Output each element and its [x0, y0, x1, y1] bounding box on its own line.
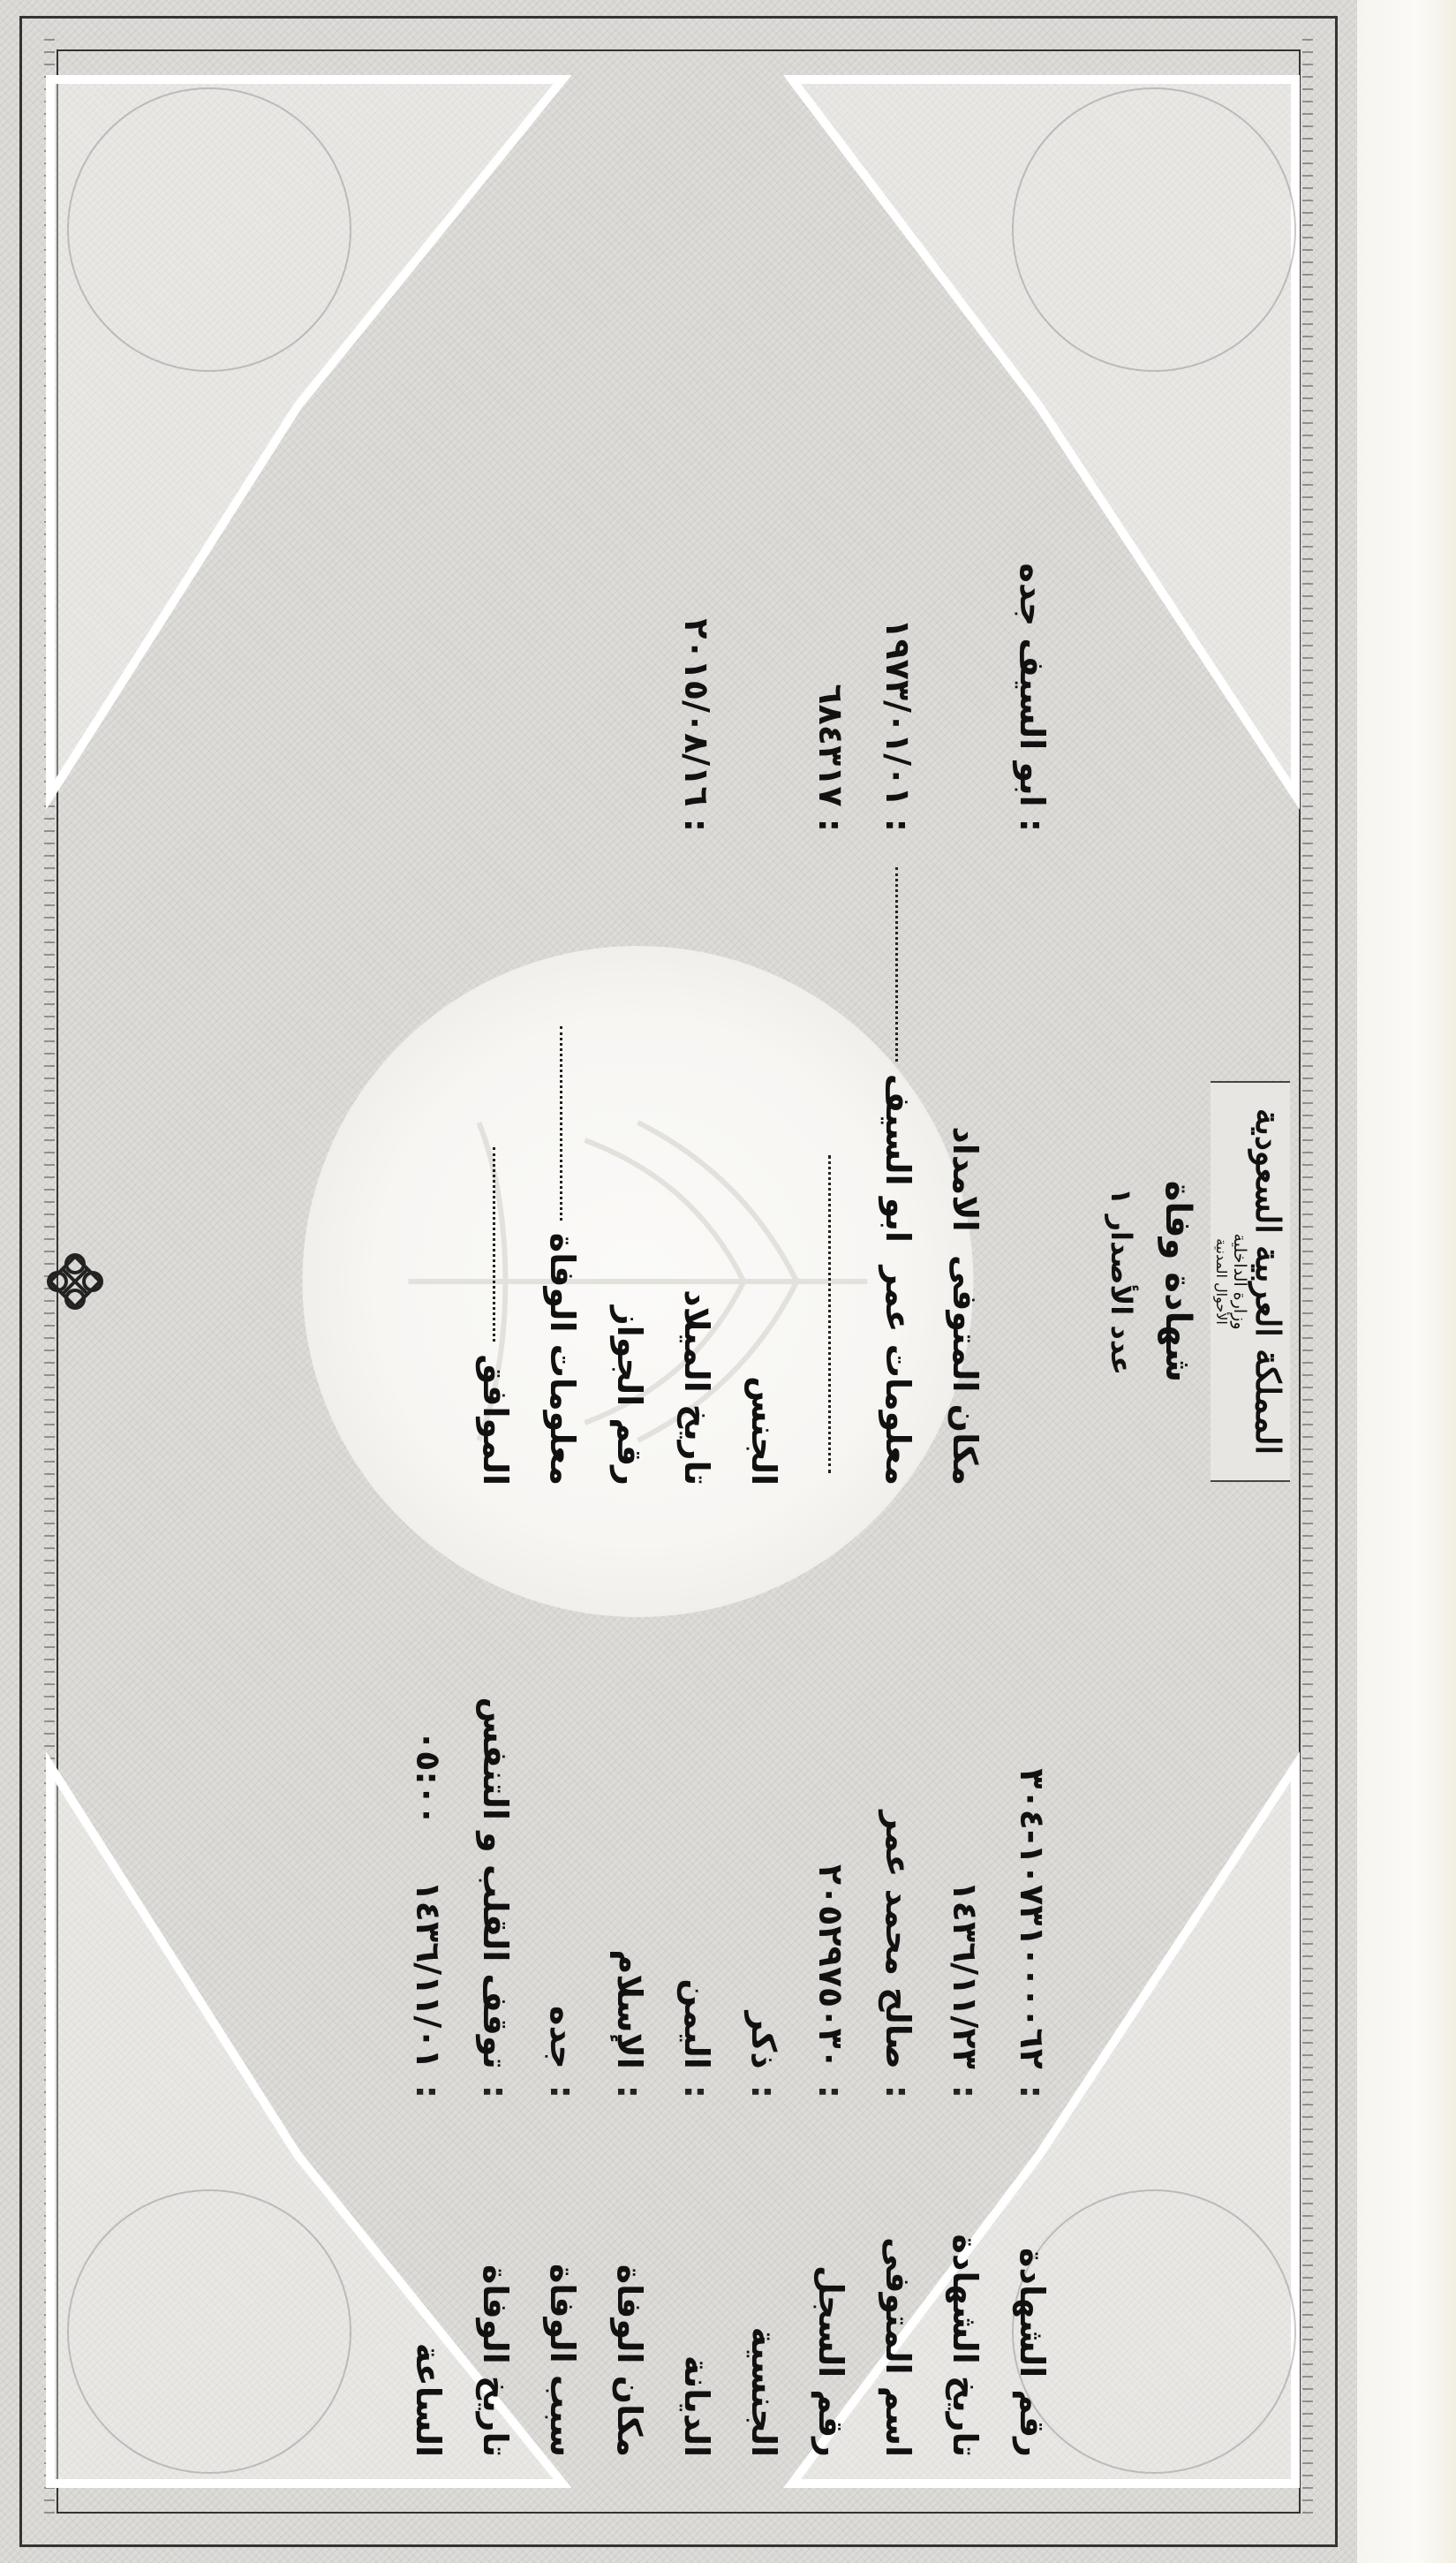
colon-separator: :	[476, 2085, 515, 2104]
label-passport-number: رقم الجواز	[610, 1306, 649, 1486]
label-gender: الجنس	[744, 1376, 783, 1486]
label-corresponding-date: الموافق	[476, 1354, 515, 1486]
gender-value: ذكر	[744, 2012, 783, 2069]
colon-separator: :	[409, 2085, 448, 2104]
nationality-value: اليمن	[677, 1978, 716, 2068]
colon-separator: :	[610, 2085, 649, 2104]
colon-separator: :	[744, 2085, 783, 2104]
gregorian-date-value: ٢٠١٥/٠٨/١٦	[677, 618, 716, 806]
colon-separator: :	[677, 819, 716, 832]
family-name-and-city: ابو السيف جده	[1013, 563, 1052, 806]
colon-separator: :	[1013, 819, 1052, 832]
record-number: ٢٠٥٢٩٧٥٠٣٠	[811, 1864, 850, 2069]
deceased-place-value: الامداد	[946, 1126, 984, 1231]
left-values: : ابو السيف جده : ١٩٧٣/٠١/٠١ : ٦٨٤٣١٧ : …	[663, 214, 1066, 832]
colon-separator: :	[946, 2085, 984, 2104]
certificate-date: ١٤٣٦/١١/٢٣	[946, 1880, 984, 2068]
label-cause-of-death: سبب الوفاة	[529, 2077, 596, 2457]
issue-number: عدد الأصدار ١	[1105, 1188, 1138, 1375]
ministry-name: وزارة الداخلية	[1229, 1092, 1249, 1471]
religion-value: الإسلام	[610, 1949, 649, 2068]
dotted-line	[561, 1026, 565, 1221]
colon-separator: :	[811, 2085, 850, 2104]
label-deceased-name: اسم المتوفى	[864, 2077, 932, 2457]
colon-separator: :	[879, 2085, 917, 2104]
date-of-death-value: ١٤٣٦/١١/٠١	[409, 1880, 448, 2068]
dotted-line	[494, 1147, 498, 1342]
middle-fields: مكان المتوفى الامداد معلومات عمر ابو الس…	[462, 850, 1066, 1486]
label-nationality: الجنسية	[730, 2077, 797, 2457]
field-values: :١٠٧٣١٠٠٠٠٦٢-٣٠٤ :١٤٣٦/١١/٢٣ :صالح محمد …	[395, 1486, 1066, 2104]
deceased-first-names: صالح محمد عمر	[879, 1811, 917, 2069]
label-deceased-place: مكان المتوفى	[946, 1255, 984, 1486]
hour-value: ٠٥:٠٠	[409, 1730, 448, 1826]
kingdom-name: المملكة العربية السعودية	[1249, 1092, 1286, 1471]
certificate-number: ١٠٧٣١٠٠٠٠٦٢-٣٠٤	[1013, 1768, 1052, 2069]
colon-separator: :	[677, 2085, 716, 2104]
label-religion: الديانة	[663, 2077, 730, 2457]
colon-separator: :	[1013, 2085, 1052, 2104]
birth-date-value: ١٩٧٣/٠١/٠١	[879, 618, 917, 806]
colon-separator: :	[879, 819, 917, 832]
field-labels: رقم الشهادة تاريخ الشهادة اسم المتوفى رق…	[395, 2077, 1066, 2457]
label-hour: الساعة	[395, 2077, 462, 2457]
label-birth-date: تاريخ الميلاد	[677, 1289, 716, 1486]
dotted-line	[829, 1155, 834, 1473]
label-place-of-death: مكان الوفاة	[596, 2077, 663, 2457]
label-certificate-date: تاريخ الشهادة	[932, 2077, 999, 2457]
deceased-family-name: ابو السيف	[879, 1074, 917, 1243]
deceased-name-rest: معلومات عمر	[879, 1266, 917, 1486]
death-certificate: المملكة العربية السعودية وزارة الداخلية …	[0, 0, 1357, 2563]
issuer-header: المملكة العربية السعودية وزارة الداخلية …	[1211, 1081, 1290, 1482]
label-date-of-death: تاريخ الوفاة	[462, 2077, 529, 2457]
cause-of-death-value: توقف القلب و التنفس	[476, 1697, 515, 2068]
document-title: شهادة وفاة	[1158, 1181, 1198, 1383]
label-death-info: معلومات الوفاة	[543, 1233, 582, 1486]
dotted-line	[896, 867, 901, 1062]
label-certificate-number: رقم الشهادة	[999, 2077, 1066, 2457]
knot-ornament-icon	[35, 1242, 115, 1321]
colon-separator: :	[543, 2085, 582, 2104]
paper-edge	[1357, 0, 1456, 2563]
label-record-number: رقم السجل	[797, 2077, 864, 2457]
place-of-death-value: جده	[543, 2006, 582, 2069]
department-name: الأحوال المدنية	[1214, 1092, 1230, 1471]
colon-separator: :	[811, 819, 850, 832]
passport-number-value: ٦٨٤٣١٧	[811, 684, 850, 806]
